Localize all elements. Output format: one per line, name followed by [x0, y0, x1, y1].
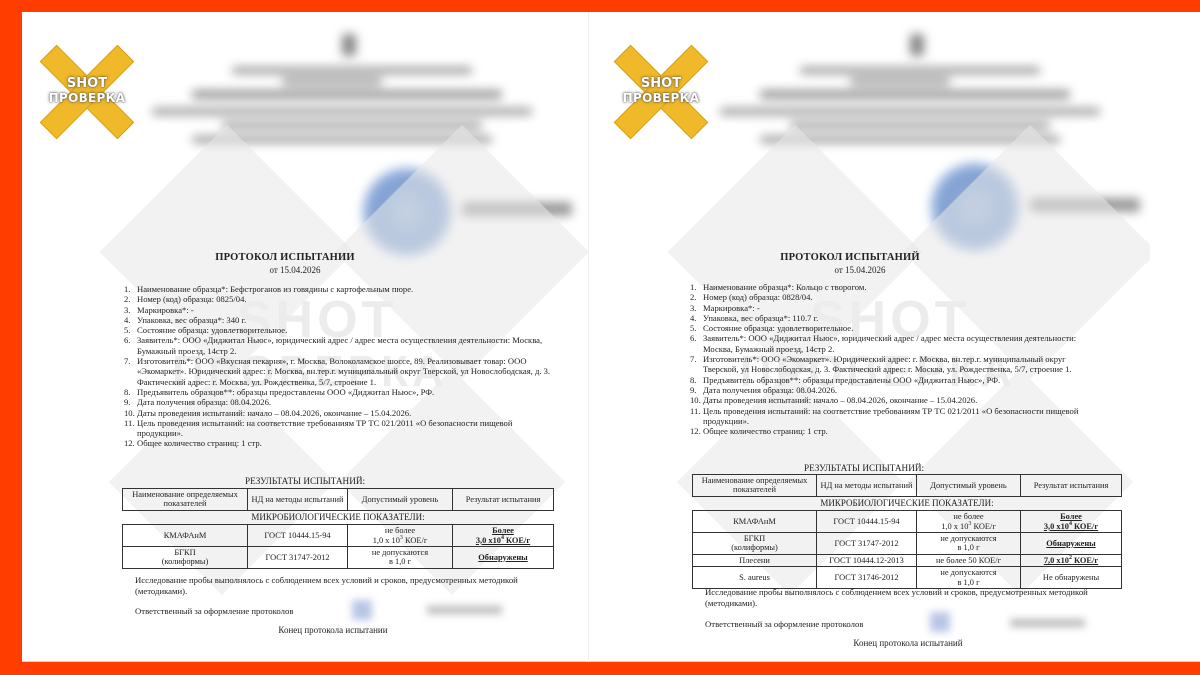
list-item: 1.Наименование образца*: Кольцо с творог…	[690, 282, 1100, 292]
note-text: Исследование пробы выполнялось с соблюде…	[135, 575, 565, 596]
orange-frame: SHOT ПРОВЕРКА ПРОТОКОЛ ИСПЫТАНИИ от 15.0…	[0, 0, 1200, 675]
results-heading: РЕЗУЛЬТАТЫ ИСПЫТАНИЙ:	[590, 463, 1144, 473]
list-item: 6.Заявитель*: ООО «Диджитал Ньюс», юриди…	[124, 335, 554, 356]
name-blurred	[427, 606, 502, 614]
name-blurred	[1010, 619, 1085, 627]
table-row: Плесени ГОСТ 10444.12-2013 не более 50 К…	[693, 554, 1122, 566]
list-item: 3.Маркировка*: -	[690, 303, 1100, 313]
table-row: КМАФАнМ ГОСТ 10444.15-94 не более1,0 x 1…	[693, 511, 1122, 533]
list-item: 2.Номер (код) образца: 0825/04.	[124, 294, 554, 304]
table-row: S. aureus ГОСТ 31746-2012 не допускаются…	[693, 567, 1122, 589]
end-of-protocol: Конец протокола испытании	[50, 625, 588, 635]
list-item: 4.Упаковка, вес образца*: 340 г.	[124, 315, 554, 325]
protocol-document-right: SHOT ПРОВЕРКА ПРОТОКОЛ ИСПЫТАНИЙ от 15.0…	[590, 12, 1150, 662]
protocol-date: от 15.04.2026	[590, 265, 1140, 275]
signature-blurred	[930, 612, 950, 632]
list-item: 6.Заявитель*: ООО «Диджитал Ньюс», юриди…	[690, 333, 1100, 354]
list-item: 4.Упаковка, вес образца*: 110.7 г.	[690, 313, 1100, 323]
emblem-icon	[342, 34, 356, 56]
table-header-row: Наименование определяемых показателей НД…	[693, 475, 1122, 497]
list-item: 11.Цель проведения испытаний: на соответ…	[690, 406, 1100, 427]
list-item: 9.Дата получения образца: 08.04.2026.	[124, 397, 554, 407]
results-table: Наименование определяемых показателей НД…	[122, 488, 554, 569]
sample-info-list: 1.Наименование образца*: Бефстроганов из…	[124, 284, 554, 449]
list-item: 1.Наименование образца*: Бефстроганов из…	[124, 284, 554, 294]
table-header-row: Наименование определяемых показателей НД…	[123, 489, 554, 511]
emblem-icon	[910, 34, 924, 56]
list-item: 2.Номер (код) образца: 0828/04.	[690, 292, 1100, 302]
signature-blurred	[352, 600, 372, 620]
note-text: Исследование пробы выполнялось с соблюде…	[705, 587, 1125, 608]
list-item: 7.Изготовитель*: ООО «Экомаркет». Юридич…	[690, 354, 1100, 375]
page-divider	[588, 12, 589, 662]
shot-proverka-logo: SHOT ПРОВЕРКА	[38, 42, 136, 140]
list-item: 8.Предъявитель образцов**: образцы предо…	[124, 387, 554, 397]
list-item: 5.Состояние образца: удовлетворительное.	[124, 325, 554, 335]
responsible-label: Ответственный за оформление протоколов	[135, 606, 293, 617]
section-heading: МИКРОБИОЛОГИЧЕСКИЕ ПОКАЗАТЕЛИ:	[123, 510, 554, 524]
list-item: 10.Даты проведения испытаний: начало – 0…	[690, 395, 1100, 405]
list-item: 7.Изготовитель*: ООО «Вкусная пекарня», …	[124, 356, 554, 387]
protocol-title: ПРОТОКОЛ ИСПЫТАНИИ	[22, 252, 568, 263]
table-row: БГКП(колиформы) ГОСТ 31747-2012 не допус…	[123, 547, 554, 569]
sample-info-list: 1.Наименование образца*: Кольцо с творог…	[690, 282, 1100, 436]
list-item: 12.Общее количество страниц: 1 стр.	[690, 426, 1100, 436]
list-item: 12.Общее количество страниц: 1 стр.	[124, 438, 554, 448]
end-of-protocol: Конец протокола испытаний	[628, 638, 1150, 648]
section-heading: МИКРОБИОЛОГИЧЕСКИЕ ПОКАЗАТЕЛИ:	[693, 496, 1122, 510]
results-table: Наименование определяемых показателей НД…	[692, 474, 1122, 589]
list-item: 3.Маркировка*: -	[124, 305, 554, 315]
table-row: КМАФАнМ ГОСТ 10444.15-94 не более1,0 x 1…	[123, 525, 554, 547]
list-item: 11.Цель проведения испытаний: на соответ…	[124, 418, 554, 439]
results-heading: РЕЗУЛЬТАТЫ ИСПЫТАНИЙ:	[22, 476, 588, 486]
protocol-date: от 15.04.2026	[22, 265, 578, 275]
list-item: 5.Состояние образца: удовлетворительное.	[690, 323, 1100, 333]
list-item: 8.Предъявитель образцов**: образцы предо…	[690, 375, 1100, 385]
protocol-title: ПРОТОКОЛ ИСПЫТАНИЙ	[590, 252, 1130, 263]
table-row: БГКП(колиформы) ГОСТ 31747-2012 не допус…	[693, 533, 1122, 555]
list-item: 10.Даты проведения испытаний: начало – 0…	[124, 408, 554, 418]
list-item: 9.Дата получения образца: 08.04.2026.	[690, 385, 1100, 395]
protocol-document-left: SHOT ПРОВЕРКА ПРОТОКОЛ ИСПЫТАНИИ от 15.0…	[22, 12, 588, 662]
shot-proverka-logo: SHOT ПРОВЕРКА	[612, 42, 710, 140]
responsible-label: Ответственный за оформление протоколов	[705, 619, 863, 630]
